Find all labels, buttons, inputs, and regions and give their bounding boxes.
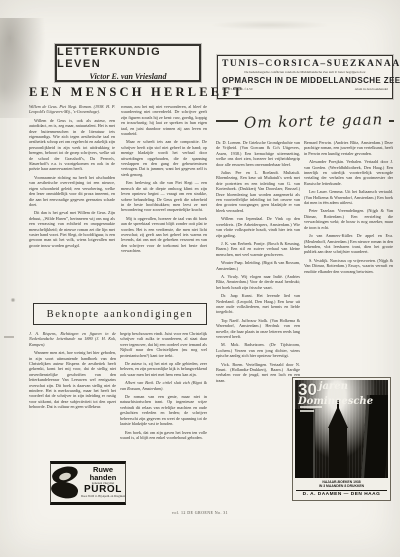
article-paragraph: Voornaamste richting nu heeft het afschu… [29,175,115,207]
review-item: Julius Pee en L. Roelandt. Multatuli. Bl… [216,170,300,213]
scan-smudge [0,18,52,118]
header-rule-right [389,120,394,121]
review-item: Leo Lauer. Gemma. Uit het Italiaansch ve… [304,189,393,205]
beknopte-column-1: J. A. Rispens, Richtingen en figuren in … [29,331,116,458]
purol-line2: handen [81,474,125,482]
scan-speck [10,298,16,302]
article-paragraph: Mij is opgevallen, hoezeer de taal van d… [121,216,207,254]
beknopte-column-2: begrip beschouwen vindt. Juist voor een … [120,331,207,509]
om-kort-column-1: Dr. D. Loenen. De Grieksche Grondgedacht… [216,140,300,506]
beknopte-title: Beknopte aankondigingen [47,309,194,320]
review-item: Dr. D. Loenen. De Grieksche Grondgedacht… [216,140,300,167]
advert-footer: NAJAAR-BOEKEN 1938 IN 3 MAANDEN 8 DRUKKE… [295,478,388,498]
article-credit: Willem de Geus. Piet Slegt. Roman. (1938… [29,104,115,115]
beknopte-header-box: Beknopte aankondigingen [33,303,207,325]
page-footer: vol. 12 DE GROENE No. 31 [0,510,400,515]
book-advert-daamen: 30 jaren Domineesche NAJAAR-BOEKEN 1938 … [292,377,391,501]
om-kort-column-2: Bernard Perwin. (Andries Blitz, Amsterda… [304,140,393,375]
article-paragraph: Maar er scheelt iets aan de compositie. … [121,139,207,177]
beknopte-paragraph: De auteur is, zij het niet op alle gebie… [120,361,207,377]
purol-advert: Ruwe handen genezen vlug met PUROL Doos … [50,461,126,505]
purol-brand: PUROL [81,485,125,495]
beknopte-paragraph: Wanneer men ziet, hoe weinig het hier ge… [29,350,116,409]
review-item: Bernard Perwin. (Andries Blitz, Amsterda… [304,140,393,156]
section-title: LETTERKUNDIG LEVEN [57,46,199,70]
hands-illustration [51,464,81,502]
review-item: Alexander Poesjkin. Verhalen. Vertaald d… [304,159,393,186]
review-item: Dr. Jaap Kunst. Het levende lied van Ned… [216,293,300,315]
beknopte-paragraph: begrip beschouwen vindt. Juist voor een … [120,331,207,358]
header-rule-left [216,120,238,121]
article-headline: EEN MENSCH HERLEEFT [29,85,207,100]
article-paragraph: Dit dan is het geval met Willem de Geus.… [29,210,115,248]
advert-note: Alom in den boekhandel [355,87,388,91]
review-item: Vick. Boem. Vertellingen. Vertaald door … [216,362,300,384]
review-item: Wouter Paap. Inleiding. (Bigot & van Ros… [216,260,300,271]
article-column-2: roman, zou het mij niet verwonderen, al … [121,104,207,296]
article-paragraph: Een herleving als die van Piet Slegt — e… [121,180,207,212]
purol-price-line: Doos 30-60 ct. Bij Apoth. en Drogisten [81,495,125,499]
beknopte-credit: Albert van Beek. De cirkel sluit zich (B… [120,380,207,391]
divider [296,490,387,491]
beknopte-paragraph: Een boek, dat om zijn gaven het lezen te… [120,430,207,441]
review-item: M. Mok. Badseizoen. (De Tijdstroom, Loch… [216,342,300,358]
beknopte-paragraph: De roman van een genie, maar niet in nat… [120,394,207,426]
review-item: Top Naeff. Juffrouw Stolk. (Van Holkema … [216,318,300,340]
advert-publisher: D. A. DAAMEN — DEN HAAG [295,492,388,498]
om-kort-title: Om kort te gaan [244,110,384,132]
review-item: J. K. van Eerbeek. Pontje. (Bosch & Keun… [216,241,300,257]
newspaper-page: LETTERKUNDIG LEVEN Victor E. van Vriesla… [0,0,400,557]
advert-book-title: 30 jaren Domineesche [298,382,373,406]
section-author: Victor E. van Vriesland [90,72,167,81]
review-item: Jo van Ammers-Küller. De appel en Eva. (… [304,233,393,255]
review-item: S. Vestdijk. Narcissus op vrijersvoeten.… [304,258,393,274]
om-kort-te-gaan-header: Om kort te gaan [216,109,394,133]
scan-smudge [210,20,330,30]
scan-speck [4,336,14,338]
review-item: Peter Tazelaar. Vreemdelingen. (Nijgh & … [304,208,393,230]
ad-caption-lines [300,406,322,414]
article-paragraph: Willem de Geus is, ook als auteur, een a… [29,118,115,172]
advert-title: TUNIS–CORSICA–SUEZKANAAL [222,59,388,69]
section-masthead-box: LETTERKUNDIG LEVEN Victor E. van Vriesla… [55,44,201,82]
beknopte-credit: J. A. Rispens, Richtingen en figuren in … [29,331,116,347]
church-tower-illustration: 30 jaren Domineesche [295,380,388,478]
advert-footer-line2: IN 3 MAANDEN 8 DRUKKEN [295,484,388,488]
review-item: Willem van Iependaal. De Vink op den wer… [216,216,300,238]
article-column-1: Willem de Geus. Piet Slegt. Roman. (1938… [29,104,115,296]
review-item: A. Viruly. Wij vlogen naar Indië. (Andri… [216,274,300,290]
article-paragraph: roman, zou het mij niet verwonderen, al … [121,104,207,136]
advert-number: 30 [298,382,317,397]
advert-book-title: OPMARSCH IN DE MIDDELLANDSCHE ZEE [222,76,388,85]
advert-subtitle: De hedendaagsche conflicten rondom de Mi… [222,70,388,74]
